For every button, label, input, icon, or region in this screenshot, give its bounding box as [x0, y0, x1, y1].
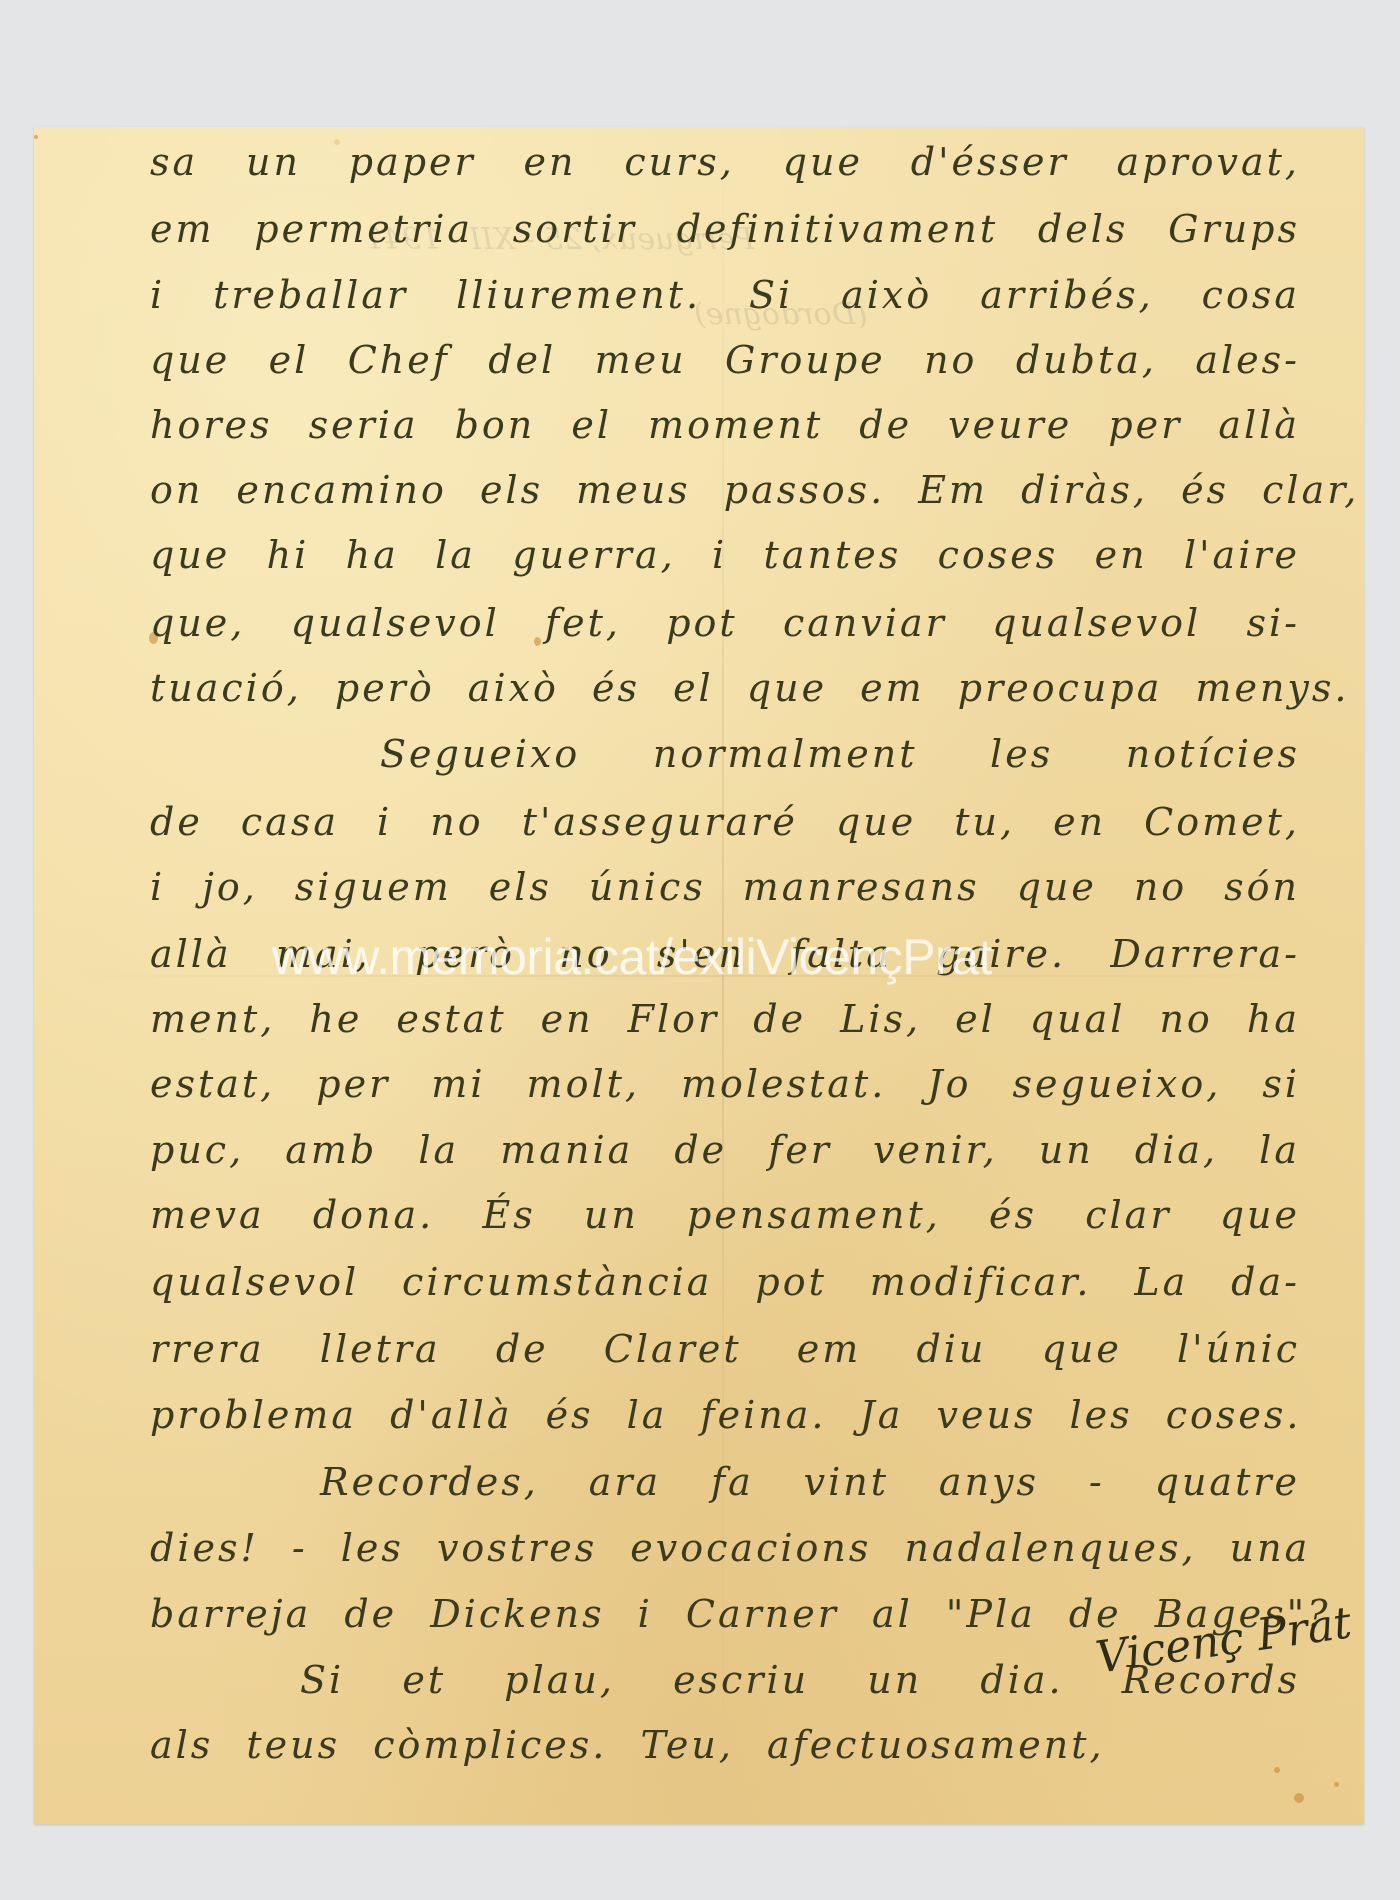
- letter-line: sa un paper en curs, que d'ésser aprovat…: [150, 140, 1300, 200]
- foxing-stain: [1334, 1782, 1339, 1787]
- letter-line: i treballar lliurement. Si això arribés,…: [150, 273, 1300, 333]
- letter-line: que el Chef del meu Groupe no dubta, ale…: [150, 338, 1300, 398]
- letter-line: dies! - les vostres evocacions nadalenqu…: [150, 1526, 1300, 1586]
- letter-line: problema d'allà és la feina. Ja veus les…: [150, 1393, 1300, 1453]
- letter-line: ment, he estat en Flor de Lis, el qual n…: [150, 997, 1300, 1057]
- letter-line: qualsevol circumstància pot modificar. L…: [150, 1260, 1300, 1320]
- letter-line: tuació, però això és el que em preocupa …: [150, 666, 1300, 726]
- letter-line: que, qualsevol fet, pot canviar qualsevo…: [150, 601, 1300, 661]
- letter-line: que hi ha la guerra, i tantes coses en l…: [150, 533, 1300, 593]
- letter-line: rrera lletra de Claret em diu que l'únic: [150, 1327, 1300, 1387]
- foxing-stain: [34, 135, 38, 139]
- letter-line: de casa i no t'asseguraré que tu, en Com…: [150, 800, 1300, 860]
- letter-line: estat, per mi molt, molestat. Jo segueix…: [150, 1062, 1300, 1122]
- letter-line: on encamino els meus passos. Em diràs, é…: [150, 468, 1300, 528]
- letter-line: em permetria sortir definitivament dels …: [150, 207, 1300, 267]
- letter-line: hores seria bon el moment de veure per a…: [150, 403, 1300, 463]
- foxing-stain: [1294, 1793, 1304, 1803]
- letter-line: als teus còmplices. Teu, afectuosament,: [150, 1723, 1300, 1783]
- letter-line: Segueixo normalment les notícies: [380, 732, 1300, 792]
- letter-line: puc, amb la mania de fer venir, un dia, …: [150, 1128, 1300, 1188]
- letter-line: i jo, siguem els únics manresans que no …: [150, 865, 1300, 925]
- watermark: www.memoria.cat/exiliVicençPrat: [272, 928, 992, 986]
- letter-line: meva dona. És un pensament, és clar que: [150, 1193, 1300, 1253]
- letter-line: Recordes, ara fa vint anys - quatre: [320, 1460, 1300, 1520]
